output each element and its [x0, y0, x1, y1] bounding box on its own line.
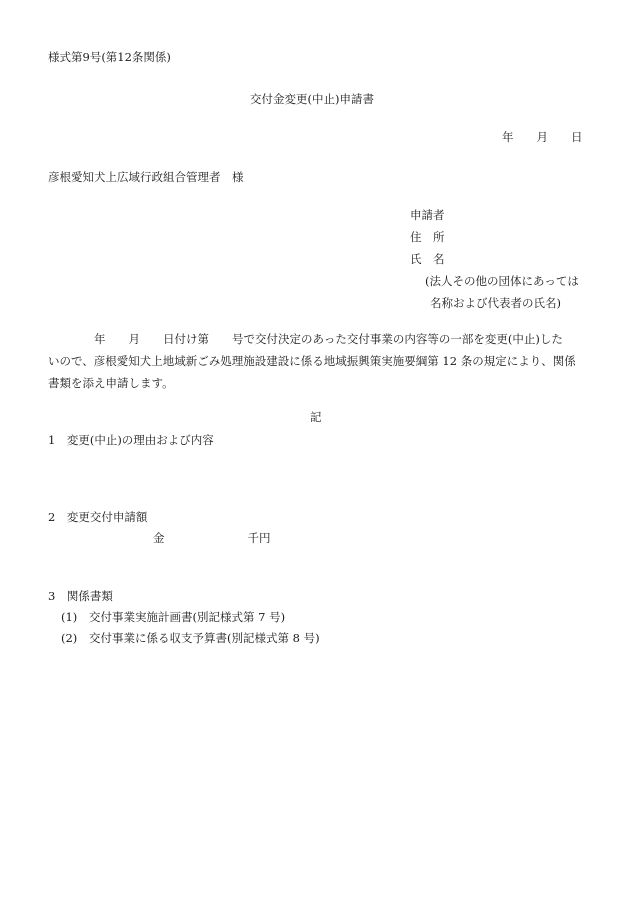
applicant-address-label: 住 所 — [410, 230, 579, 252]
item-label: 交付事業実施計画書(別記様式第 7 号) — [89, 610, 285, 624]
section-label: 関係書類 — [67, 589, 113, 603]
body-line-1: 年 月 日付け第 号で交付決定のあった交付事業の内容等の一部を変更(中止)した — [48, 328, 583, 350]
amount-unit: 千円 — [248, 531, 271, 545]
body-line-2: いので、彦根愛知犬上地域新ごみ処理施設建設に係る地域振興策実施要綱第 12 条の… — [48, 350, 583, 372]
date-year: 年 — [502, 130, 514, 144]
amount-prefix: 金 — [153, 531, 165, 545]
applicant-heading: 申請者 — [410, 208, 579, 230]
section-3: 3 関係書類 — [48, 589, 113, 603]
body-line-3: 書類を添え申請します。 — [48, 372, 583, 394]
document-item-2: (2)交付事業に係る収支予算書(別記様式第 8 号) — [61, 631, 320, 645]
ki-heading: 記 — [310, 410, 322, 424]
section-1: 1 変更(中止)の理由および内容 — [48, 433, 214, 447]
document-item-1: (1)交付事業実施計画書(別記様式第 7 号) — [61, 610, 285, 624]
item-label: 交付事業に係る収支予算書(別記様式第 8 号) — [89, 631, 320, 645]
section-number: 3 — [48, 589, 55, 603]
section-label: 変更交付申請額 — [67, 510, 148, 524]
amount-line: 金千円 — [153, 531, 271, 545]
applicant-note-line2: 名称および代表者の氏名) — [410, 296, 579, 318]
section-number: 2 — [48, 510, 55, 524]
date-line: 年月日 — [502, 130, 583, 144]
item-number: (1) — [61, 610, 89, 624]
form-number: 様式第9号(第12条関係) — [48, 50, 171, 64]
section-2: 2 変更交付申請額 — [48, 510, 147, 524]
item-number: (2) — [61, 631, 89, 645]
application-body: 年 月 日付け第 号で交付決定のあった交付事業の内容等の一部を変更(中止)した … — [48, 328, 583, 394]
applicant-name-label: 氏 名 — [410, 252, 579, 274]
addressee: 彦根愛知犬上広域行政組合管理者 様 — [48, 170, 244, 184]
section-number: 1 — [48, 433, 55, 447]
date-day: 日 — [571, 130, 583, 144]
section-label: 変更(中止)の理由および内容 — [67, 433, 214, 447]
applicant-block: 申請者 住 所 氏 名 (法人その他の団体にあっては 名称および代表者の氏名) — [410, 208, 579, 318]
document-title: 交付金変更(中止)申請書 — [250, 92, 374, 106]
date-month: 月 — [537, 130, 549, 144]
applicant-note-line1: (法人その他の団体にあっては — [410, 274, 579, 296]
